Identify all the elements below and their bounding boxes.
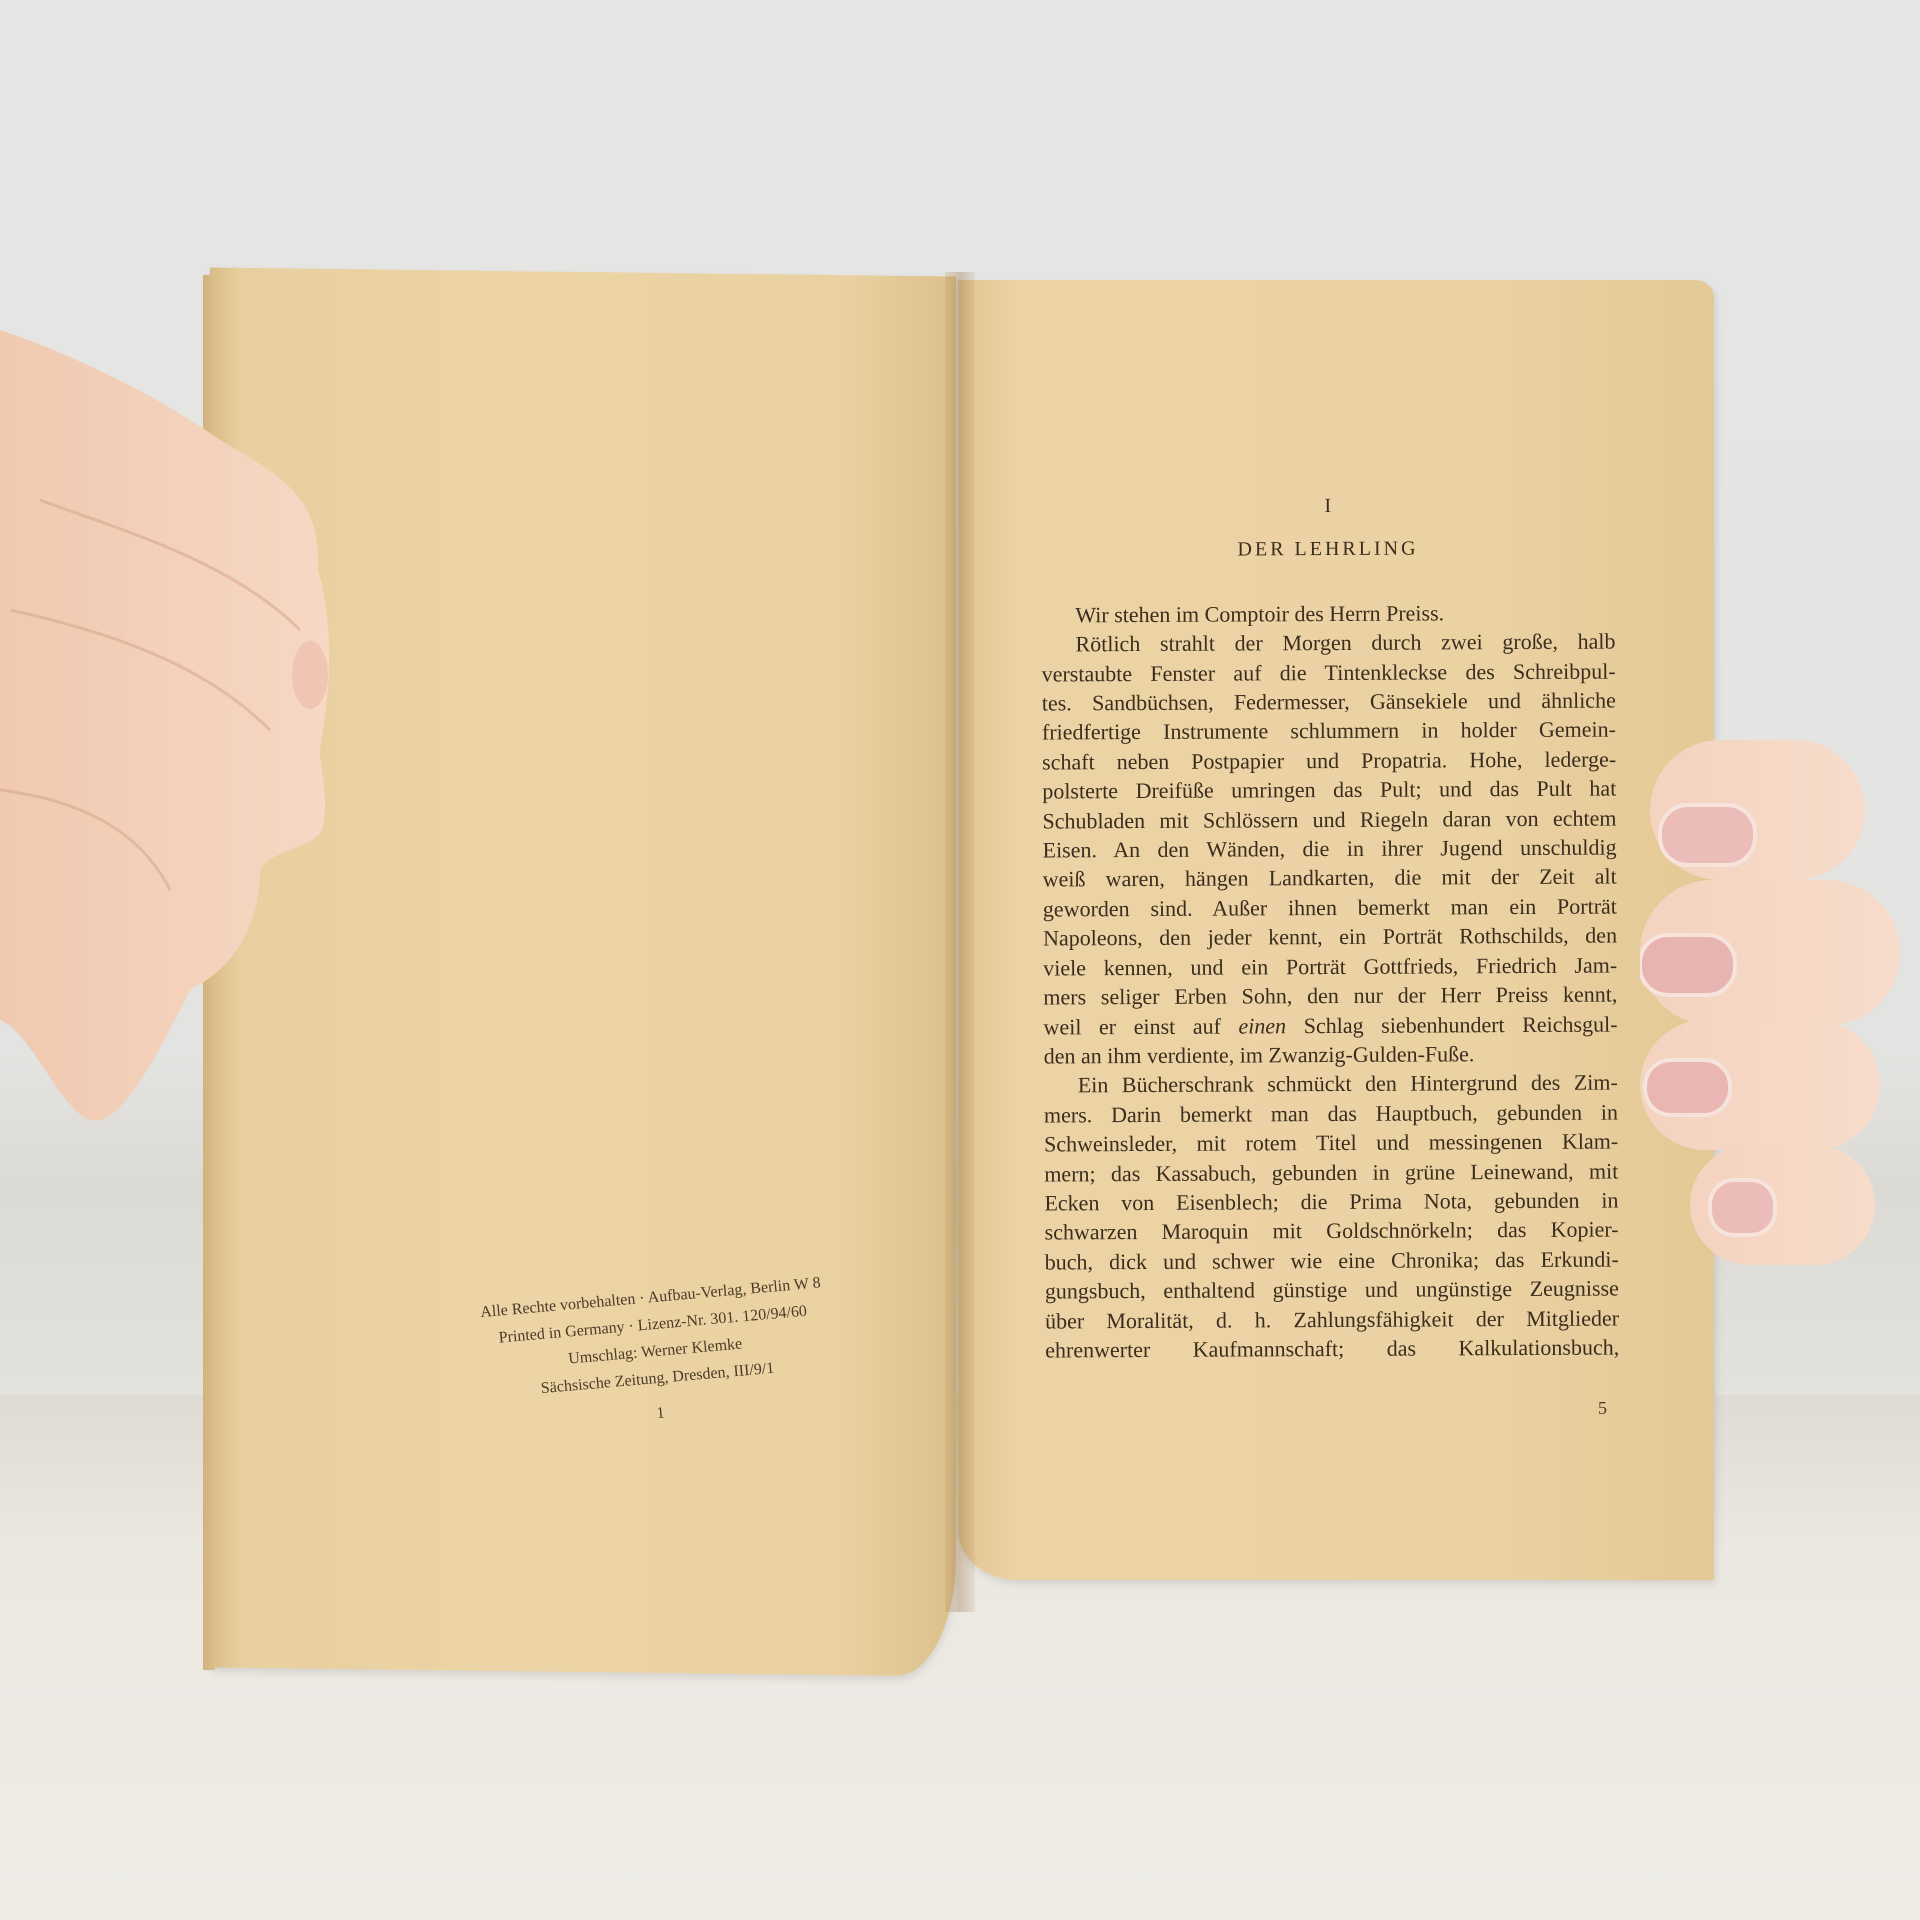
text-line: Napoleons, den jeder kennt, ein Porträt … (1043, 921, 1617, 953)
chapter-number: I (1041, 491, 1615, 523)
text-line: Ecken von Eisenblech; die Prima Nota, ge… (1044, 1185, 1618, 1217)
text-line: geworden sind. Außer ihnen bemerkt man e… (1043, 891, 1617, 923)
text-line: mers. Darin bemerkt man das Hauptbuch, g… (1044, 1097, 1618, 1129)
italic-word: einen (1238, 1013, 1286, 1038)
book-gutter (945, 272, 975, 1612)
text-line: schaft neben Postpapier und Propatria. H… (1042, 744, 1616, 776)
text-line: über Moralität, d. h. Zahlungsfähigkeit … (1045, 1303, 1619, 1335)
text-line: gungsbuch, enthaltend günstige und ungün… (1045, 1274, 1619, 1306)
chapter-title: DER LEHRLING (1041, 534, 1615, 566)
text-line: weiß waren, hängen Landkarten, die mit d… (1043, 862, 1617, 894)
left-hand (0, 330, 360, 1130)
paragraph: Rötlich strahlt der Morgen durch zwei gr… (1041, 627, 1617, 1071)
text-line: tes. Sandbüchsen, Federmesser, Gänsekiel… (1042, 686, 1616, 718)
right-page-number: 5 (1598, 1398, 1607, 1419)
text-line: viele kennen, und ein Porträt Gottfrieds… (1043, 950, 1617, 982)
text-line: Wir stehen im Comptoir des Herrn Preiss. (1041, 597, 1615, 629)
text-line-with-italic: weil er einst auf einen Schlag siebenhun… (1043, 1009, 1617, 1041)
text-fragment: weil er einst auf (1043, 1013, 1221, 1039)
fingernail (292, 641, 328, 709)
text-fragment: Schlag siebenhundert Reichsgul- (1304, 1011, 1618, 1038)
right-hand (1640, 730, 1920, 1270)
paragraph: Ein Bücherschrank schmückt den Hintergru… (1044, 1068, 1620, 1365)
text-line: friedfertige Instrumente schlummern in h… (1042, 715, 1616, 747)
text-line: schwarzen Maroquin mit Goldschnörkeln; d… (1045, 1215, 1619, 1247)
text-line: Schweinsleder, mit rotem Titel und messi… (1044, 1127, 1618, 1159)
text-line: polsterte Dreifüße umringen das Pult; un… (1042, 774, 1616, 806)
text-line: mers seliger Erben Sohn, den nur der Her… (1043, 980, 1617, 1012)
text-line: Rötlich strahlt der Morgen durch zwei gr… (1041, 627, 1615, 659)
text-line: Schubladen mit Schlössern und Riegeln da… (1042, 803, 1616, 835)
chapter-text: I DER LEHRLING Wir stehen im Comptoir de… (1041, 491, 1620, 1365)
text-line: mern; das Kassabuch, gebunden in grüne L… (1044, 1156, 1618, 1188)
text-line: Ein Bücherschrank schmückt den Hintergru… (1044, 1068, 1618, 1100)
text-line: ehrenwerter Kaufmannschaft; das Kalkulat… (1045, 1332, 1619, 1364)
text-line: buch, dick und schwer wie eine Chronika;… (1045, 1244, 1619, 1276)
text-line: verstaubte Fenster auf die Tintenkleckse… (1042, 656, 1616, 688)
text-line: Eisen. An den Wänden, die in ihrer Jugen… (1043, 833, 1617, 865)
paragraph: Wir stehen im Comptoir des Herrn Preiss. (1041, 597, 1615, 629)
text-line: den an ihm verdiente, im Zwanzig-Gulden-… (1044, 1038, 1618, 1070)
